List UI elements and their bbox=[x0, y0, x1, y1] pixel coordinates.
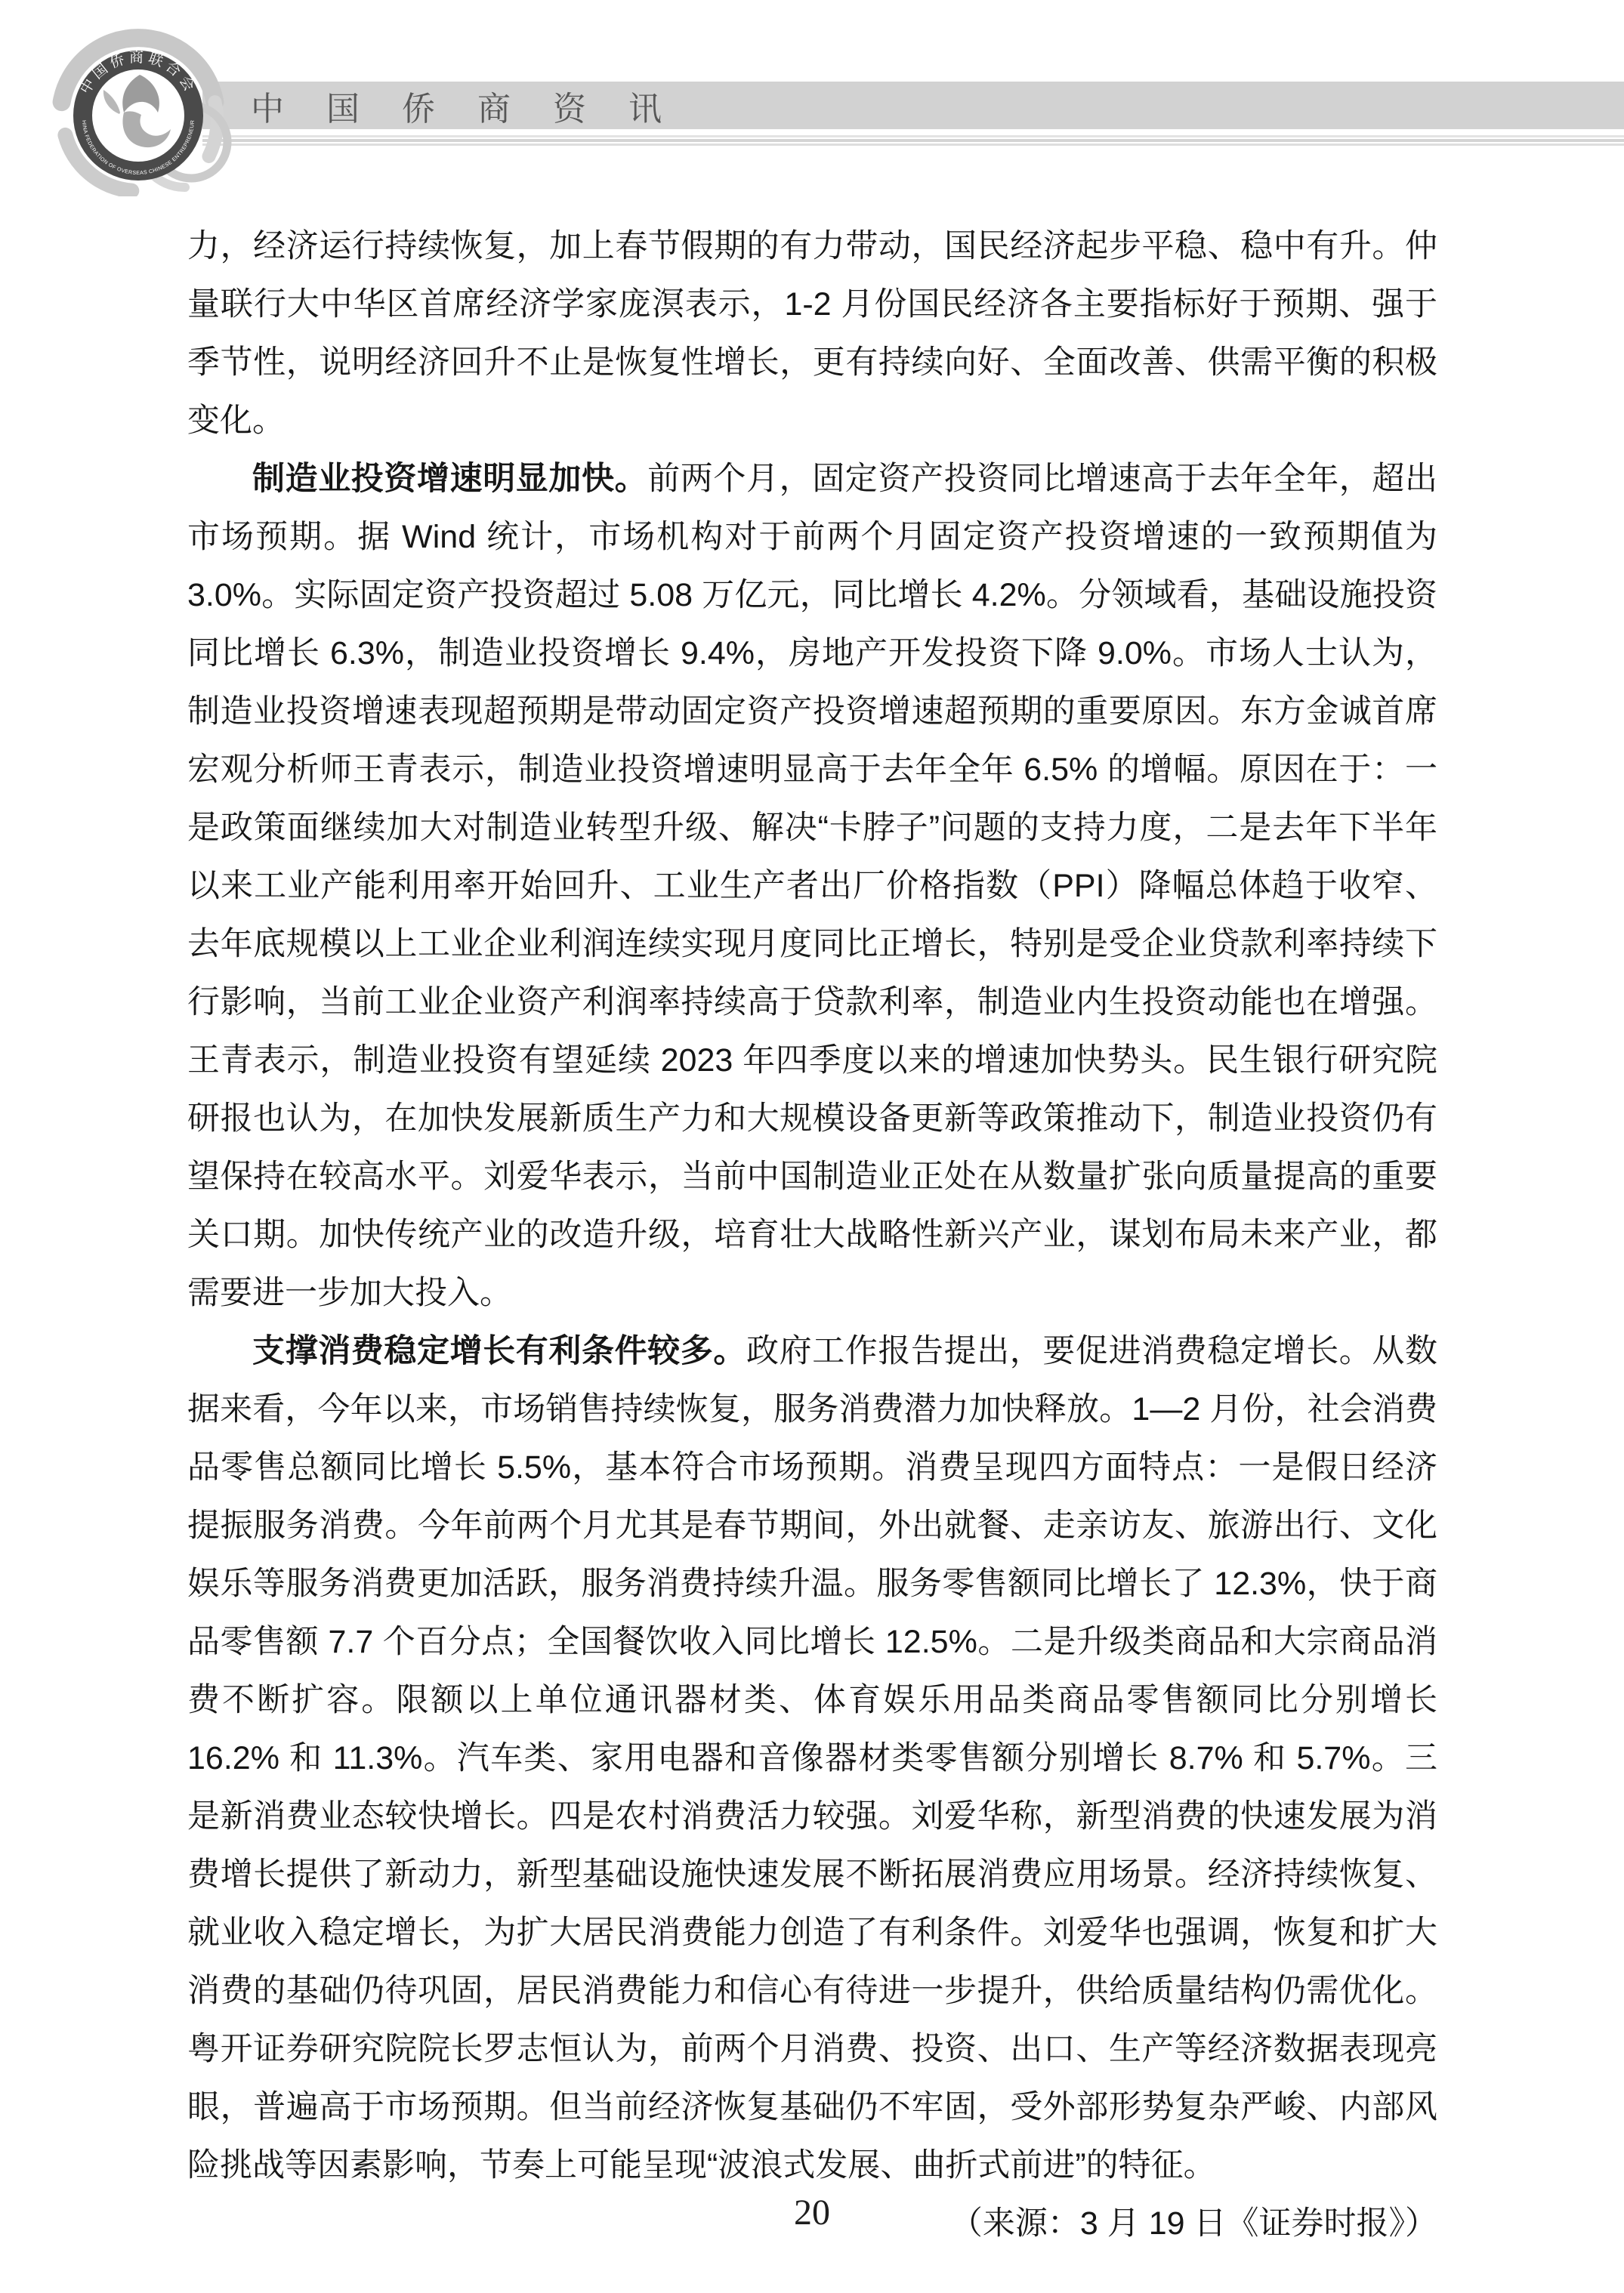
paragraph-2: 制造业投资增速明显加快。前两个月，固定资产投资同比增速高于去年全年，超出市场预期… bbox=[187, 450, 1437, 1322]
header-banner-bar: 中国侨商资讯 bbox=[202, 82, 1624, 129]
paragraph-3: 支撑消费稳定增长有利条件较多。政府工作报告提出，要促进消费稳定增长。从数据来看，… bbox=[187, 1322, 1437, 2195]
paragraph-3-lead: 支撑消费稳定增长有利条件较多。 bbox=[252, 1333, 746, 1369]
article-body: 力，经济运行持续恢复，加上春节假期的有力带动，国民经济起步平稳、稳中有升。仲量联… bbox=[187, 218, 1437, 2253]
organization-logo-icon: 中国侨商联合会 CHINA FEDERATION OF OVERSEAS CHI… bbox=[30, 4, 332, 196]
header-banner-stripes bbox=[202, 135, 1624, 146]
paragraph-3-text: 政府工作报告提出，要促进消费稳定增长。从数据来看，今年以来，市场销售持续恢复，服… bbox=[187, 1333, 1437, 2183]
paragraph-1: 力，经济运行持续恢复，加上春节假期的有力带动，国民经济起步平稳、稳中有升。仲量联… bbox=[187, 218, 1437, 450]
page-number: 20 bbox=[0, 2192, 1624, 2233]
paragraph-2-text: 前两个月，固定资产投资同比增速高于去年全年，超出市场预期。据 Wind 统计，市… bbox=[187, 461, 1437, 1311]
document-page: 中国侨商资讯 中国侨商联合会 CHINA FEDERATION OF OVERS… bbox=[0, 0, 1624, 2293]
paragraph-1-text: 力，经济运行持续恢复，加上春节假期的有力带动，国民经济起步平稳、稳中有升。仲量联… bbox=[187, 228, 1437, 439]
paragraph-2-lead: 制造业投资增速明显加快。 bbox=[252, 461, 647, 497]
